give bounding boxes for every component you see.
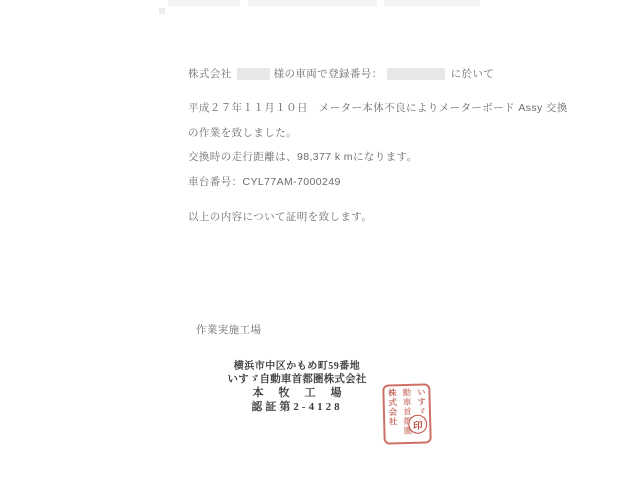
scanned-certificate-document: 株式会社 様の車両で登録番号： に於いて 平成２７年１１月１０日 メーター本体不… (0, 0, 640, 480)
customer-line: 株式会社 様の車両で登録番号： に於いて (188, 66, 494, 81)
scan-artifact-band (168, 0, 240, 6)
stamp-certification-number: 認証第2-4128 (222, 401, 372, 414)
mileage-line: 交換時の走行距離は、98,377 k mになります。 (188, 149, 418, 164)
registration-label: 様の車両で登録番号： (274, 66, 383, 81)
seal-text-column: 株式会社 (387, 388, 397, 440)
stamp-address: 横浜市中区かもめ町59番地 (222, 361, 372, 374)
scan-artifact-dot (159, 8, 165, 14)
stamp-company-name: いすゞ自動車首都圏株式会社 (222, 374, 372, 387)
stamp-factory-name: 本牧工場 (222, 387, 372, 400)
company-prefix: 株式会社 (188, 66, 232, 81)
certification-statement-line: 以上の内容について証明を致します。 (188, 209, 372, 224)
scan-artifact-band (248, 0, 377, 6)
work-date-line: 平成２７年１１月１０日 メーター本体不良によりメーターボード Assy 交換 (188, 100, 568, 115)
workshop-label: 作業実施工場 (196, 322, 261, 337)
chassis-number-line: 車台番号：CYL77AM-7000249 (188, 174, 341, 189)
line1-suffix: に於いて (451, 66, 495, 81)
redacted-company-name (237, 68, 270, 80)
factory-stamp-block: 横浜市中区かもめ町59番地 いすゞ自動車首都圏株式会社 本牧工場 認証第2-41… (222, 361, 372, 413)
seal-text-column: 動車首都圏 (402, 388, 412, 440)
work-done-line: の作業を致しました。 (188, 125, 297, 140)
redacted-registration-number (387, 68, 445, 80)
scan-artifact-band (384, 0, 480, 6)
red-company-seal: いすゞ自 動車首都圏 株式会社 印 (382, 383, 432, 444)
